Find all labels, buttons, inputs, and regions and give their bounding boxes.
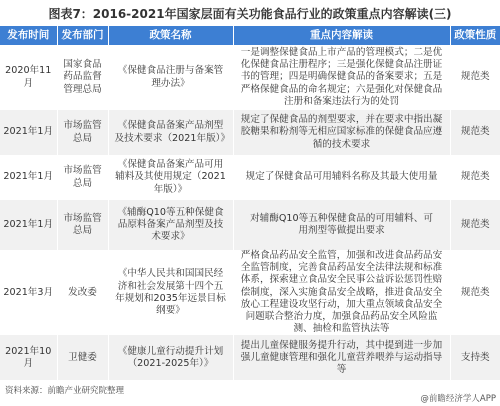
cell-type: 规范类 [450,250,500,335]
cell-dept: 市场监管总局 [57,110,108,155]
cell-dept: 国家食品药品监督管理总局 [57,45,108,110]
table-row: 2021年10月 卫健委 《健康儿童行动提升计划（2021-2025年）》 提出… [0,335,500,380]
cell-name: 《保健食品注册与备案管理办法》 [108,45,233,110]
table-row: 2021年1月 市场监管总局 《保健食品备案产品可用辅料及其使用规定（2021年… [0,155,500,200]
cell-name: 《保健食品备案产品可用辅料及其使用规定（2021年版）》 [108,155,233,200]
cell-type: 规范类 [450,45,500,110]
cell-content: 规定了保健食品可用辅料名称及其最大使用量 [233,155,450,200]
cell-dept: 市场监管总局 [57,200,108,250]
table-row: 2021年3月 发改委 《中华人民共和国国民经济和社会发展第十四个五年规划和20… [0,250,500,335]
header-content: 重点内容解读 [233,26,450,45]
chart-title: 图表7：2016-2021年国家层面有关功能食品行业的政策重点内容解读(三) [0,4,500,24]
cell-content: 严格食品药品安全监管，加强和改进食品药品安全监管制度，完善食品药品安全法律法规和… [233,250,450,335]
header-name: 政策名称 [108,26,233,45]
cell-dept: 发改委 [57,250,108,335]
cell-date: 2021年1月 [0,155,57,200]
watermark-text: @前瞻经济学人APP [420,392,496,404]
table-header-row: 发布时间 发布部门 政策名称 重点内容解读 政策性质 [0,26,500,45]
cell-content: 对辅酶Q10等五种保健食品的可用辅料、可用剂型等做提出要求 [233,200,450,250]
header-dept: 发布部门 [57,26,108,45]
cell-date: 2021年3月 [0,250,57,335]
cell-name: 《辅酶Q10等五种保健食品原料备案产品剂型及技术要求》 [108,200,233,250]
table-row: 2021年1月 市场监管总局 《辅酶Q10等五种保健食品原料备案产品剂型及技术要… [0,200,500,250]
cell-type: 规范类 [450,110,500,155]
cell-date: 2021年10月 [0,335,57,380]
cell-date: 2020年11月 [0,45,57,110]
source-note: 资料来源：前瞻产业研究院整理 [5,384,124,396]
header-date: 发布时间 [0,26,57,45]
cell-date: 2021年1月 [0,200,57,250]
cell-name: 《健康儿童行动提升计划（2021-2025年）》 [108,335,233,380]
header-type: 政策性质 [450,26,500,45]
cell-content: 一是调整保健食品上市产品的管理模式；二是优化保健食品注册程序；三是强化保健食品注… [233,45,450,110]
cell-dept: 市场监管总局 [57,155,108,200]
table-row: 2021年1月 市场监管总局 《保健食品备案产品剂型及技术要求（2021年版）》… [0,110,500,155]
cell-type: 规范类 [450,200,500,250]
cell-name: 《保健食品备案产品剂型及技术要求（2021年版）》 [108,110,233,155]
cell-content: 规定了保健食品的剂型要求，并在要求中指出凝胶糖果和粉剂等无相应国家标准的保健食品… [233,110,450,155]
cell-dept: 卫健委 [57,335,108,380]
cell-name: 《中华人民共和国国民经济和社会发展第十四个五年规划和2035年远景目标纲要》 [108,250,233,335]
cell-type: 支持类 [450,335,500,380]
policy-table: 发布时间 发布部门 政策名称 重点内容解读 政策性质 2020年11月 国家食品… [0,26,500,380]
cell-type: 规范类 [450,155,500,200]
table-row: 2020年11月 国家食品药品监督管理总局 《保健食品注册与备案管理办法》 一是… [0,45,500,110]
cell-content: 提出儿童保健服务提升行动，其中提到进一步加强儿童健康管理和强化儿童营养喂养与运动… [233,335,450,380]
cell-date: 2021年1月 [0,110,57,155]
